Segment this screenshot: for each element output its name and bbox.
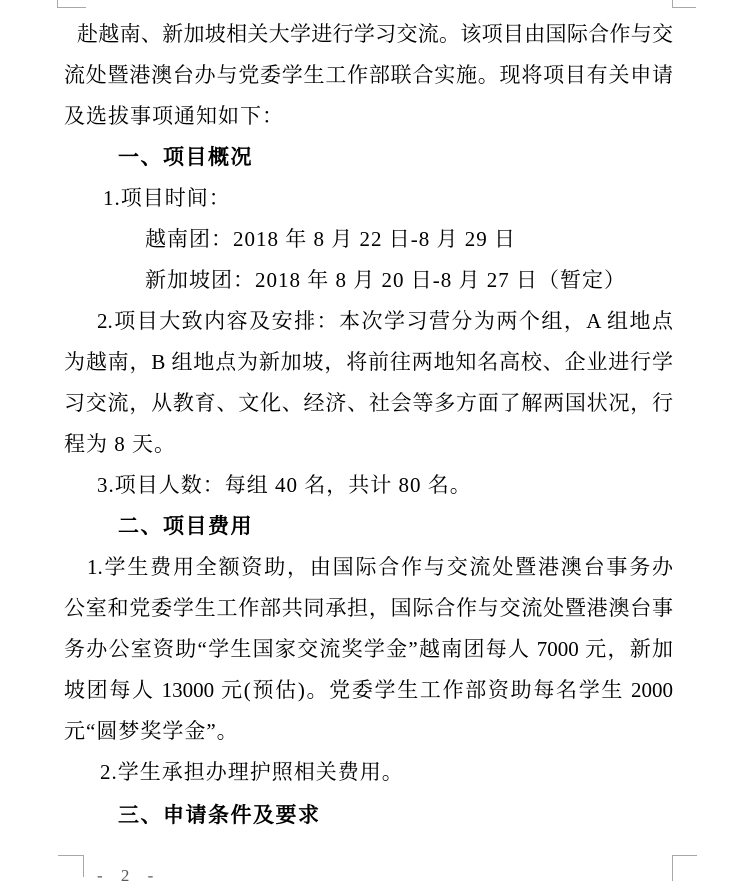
text-line: 1.项目时间： — [103, 186, 231, 211]
text-line: 2.学生承担办理护照相关费用。 — [100, 760, 404, 785]
text-line: 元“圆梦奖学金”。 — [64, 719, 239, 744]
text-line: 越南团：2018 年 8 月 22 日-8 月 29 日 — [145, 227, 516, 252]
section-heading: 三、申请条件及要求 — [118, 803, 321, 828]
text-line: 务办公室资助“学生国家交流奖学金”越南团每人 7000 元，新加 — [64, 637, 673, 662]
text-boundary-mark-top-left — [57, 0, 86, 8]
text-line: 3.项目人数：每组 40 名，共计 80 名。 — [97, 473, 472, 498]
text-line: 公室和党委学生工作部共同承担，国际合作与交流处暨港澳台事 — [64, 596, 673, 621]
text-line: 坡团每人 13000 元(预估)。党委学生工作部资助每名学生 2000 — [64, 678, 673, 703]
text-line: 新加坡团：2018 年 8 月 20 日-8 月 27 日（暂定） — [145, 268, 626, 293]
text-line: 程为 8 天。 — [64, 432, 176, 457]
section-heading: 一、项目概况 — [118, 145, 253, 170]
text-line: 赴越南、新加坡相关大学进行学习交流。该项目由国际合作与交 — [77, 22, 673, 47]
text-line: 流处暨港澳台办与党委学生工作部联合实施。现将项目有关申请 — [64, 63, 673, 88]
text-line: 1.学生费用全额资助，由国际合作与交流处暨港澳台事务办 — [87, 555, 673, 580]
text-line: 2.项目大致内容及安排：本次学习营分为两个组，A 组地点 — [97, 309, 673, 334]
text-line: 为越南，B 组地点为新加坡，将前往两地知名高校、企业进行学 — [64, 350, 673, 375]
page-number: - 2 - — [97, 866, 154, 885]
text-boundary-mark-bottom-right — [672, 855, 697, 881]
page-footer: - 2 - — [97, 866, 154, 886]
section-heading: 二、项目费用 — [118, 514, 253, 539]
text-boundary-mark-top-right — [672, 0, 696, 8]
document-page: 赴越南、新加坡相关大学进行学习交流。该项目由国际合作与交流处暨港澳台办与党委学生… — [0, 0, 752, 893]
text-line: 及选拔事项通知如下： — [64, 104, 284, 129]
text-line: 习交流，从教育、文化、经济、社会等多方面了解两国状况，行 — [64, 391, 673, 416]
text-boundary-mark-bottom-left — [58, 855, 84, 877]
